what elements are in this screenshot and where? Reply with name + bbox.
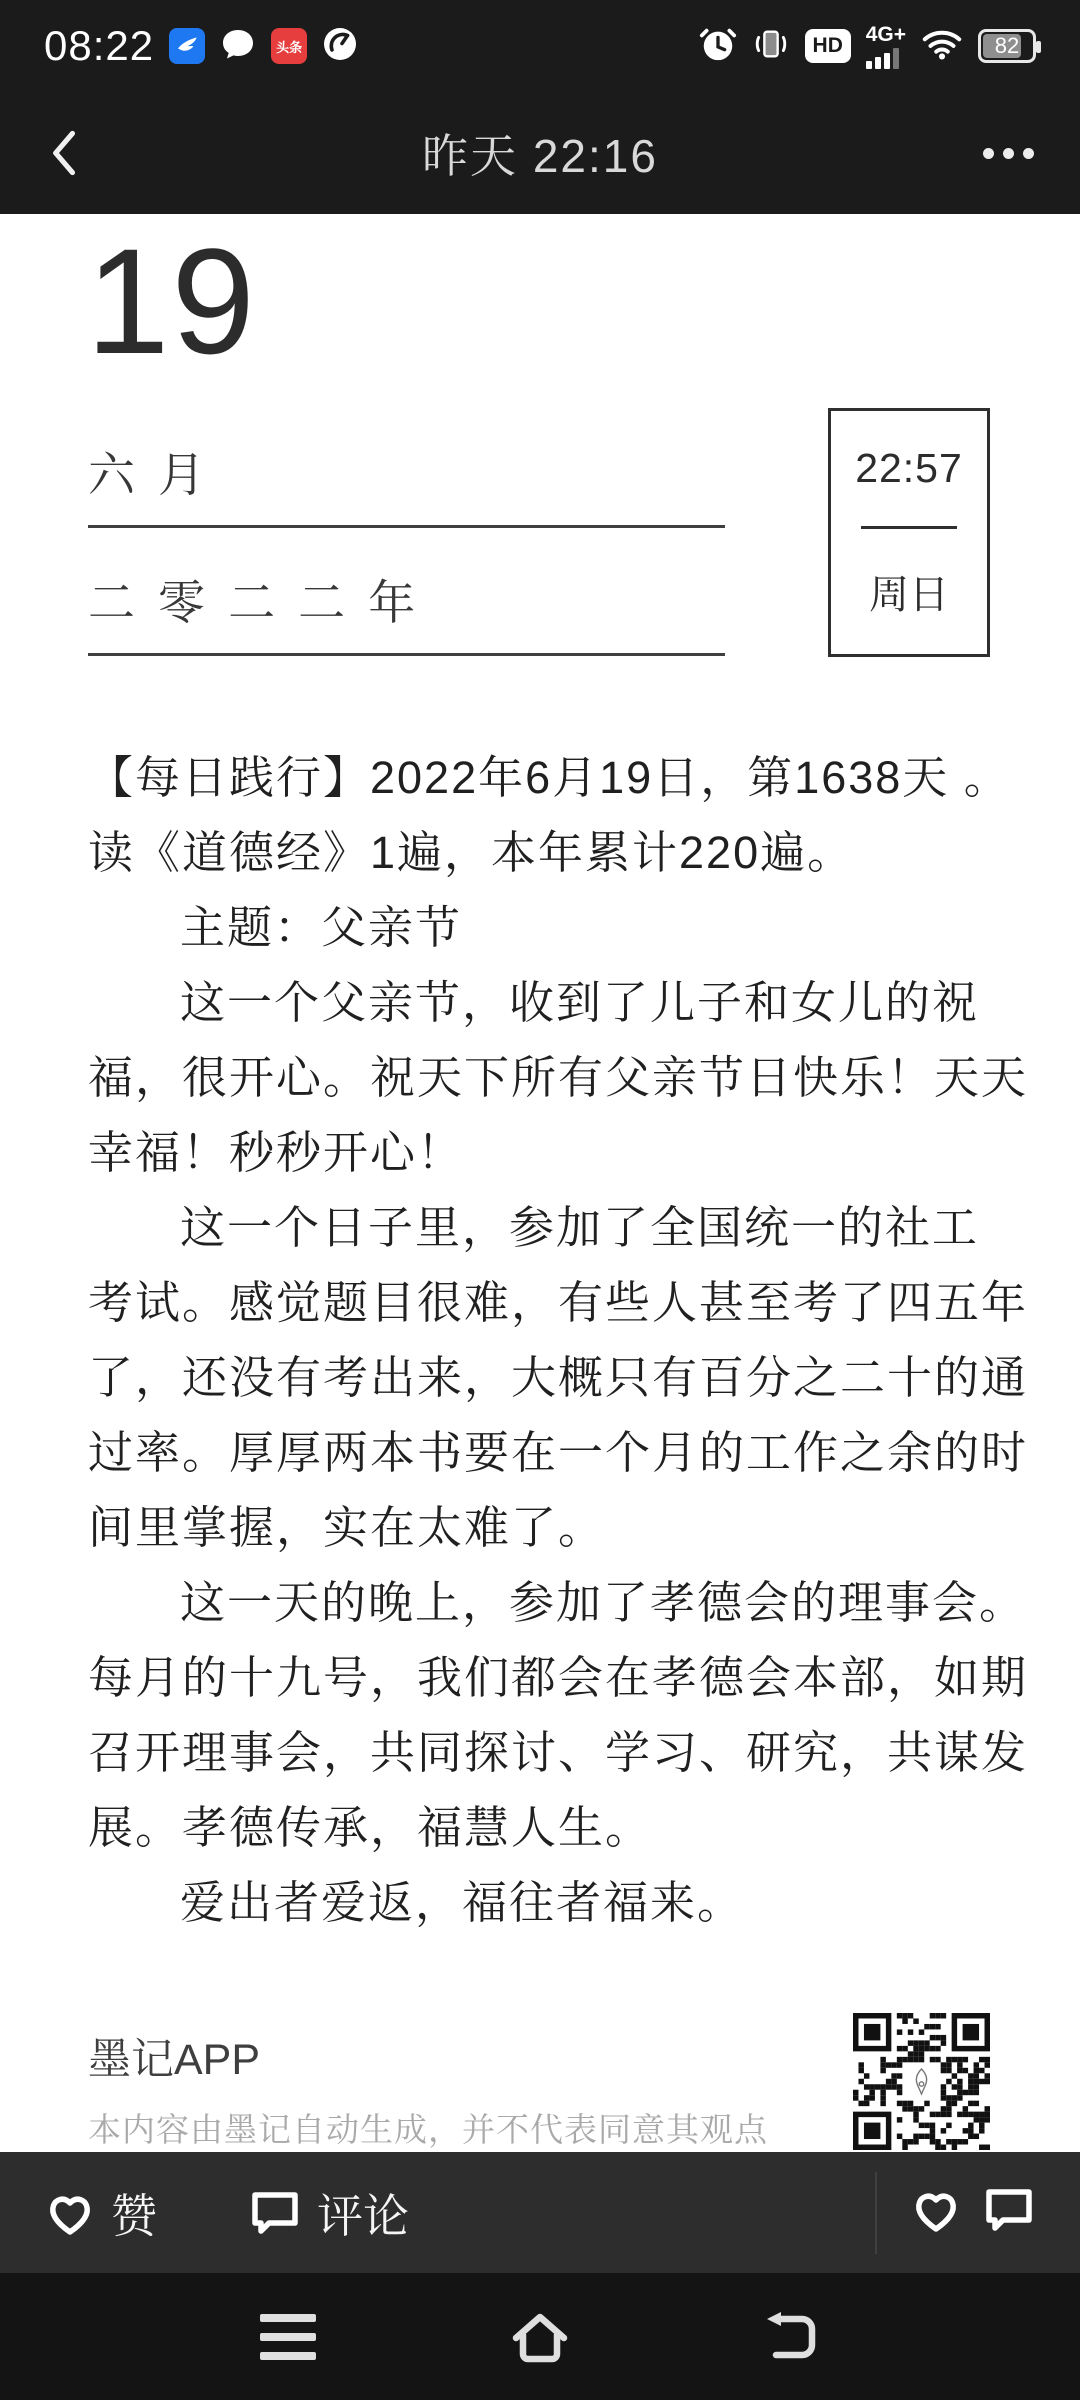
heart-icon: [911, 2186, 961, 2234]
cellular-signal-icon: 4G+: [866, 24, 906, 69]
article-line: 间里掌握，实在太难了。: [88, 1490, 1048, 1565]
diary-card: 19 六 月 二 零 二 二 年 22:57 周日 【每日践行】2022年6月1…: [0, 214, 1080, 2152]
divider-line: [88, 525, 725, 528]
article-line: 这一个日子里，参加了全国统一的社工: [88, 1190, 1048, 1265]
article-line: 了，还没有考出来，大概只有百分之二十的通: [88, 1340, 1048, 1415]
disclaimer-text: 本内容由墨记自动生成，并不代表同意其观点: [88, 2104, 768, 2151]
article-body: 【每日践行】2022年6月19日，第1638天 。读《道德经》1遍，本年累计22…: [88, 740, 1048, 1940]
article-line: 这一个父亲节，收到了儿子和女儿的祝: [88, 965, 1048, 1040]
ellipsis-icon: [983, 148, 994, 159]
hd-label: HD: [813, 34, 843, 58]
comment-bubble-icon: [983, 2185, 1035, 2235]
time-weekday-box: 22:57 周日: [828, 408, 990, 657]
quick-comment-button[interactable]: [983, 2185, 1035, 2240]
android-nav-bar: [0, 2273, 1080, 2400]
day-number: 19: [86, 226, 257, 376]
status-time: 08:22: [44, 22, 154, 70]
article-line: 幸福！秒秒开心！: [88, 1115, 1048, 1190]
signal-bars-icon: [866, 48, 899, 69]
comment-bubble-icon: [249, 2188, 301, 2238]
hd-voice-icon: HD: [805, 29, 851, 63]
weekday-label: 周日: [869, 563, 949, 620]
article-line: 每月的十九号，我们都会在孝德会本部，如期: [88, 1640, 1048, 1715]
like-button[interactable]: 赞: [45, 2180, 157, 2246]
entry-time: 22:57: [855, 445, 963, 492]
like-label: 赞: [111, 2180, 157, 2246]
article-line: 展。孝德传承，福慧人生。: [88, 1790, 1048, 1865]
qr-code: [853, 2013, 990, 2150]
title-bar: 昨天 22:16: [0, 92, 1080, 214]
phone-screen: 08:22 头条 HD 4G+: [0, 0, 1080, 2400]
comment-button[interactable]: 评论: [249, 2180, 409, 2246]
back-nav-button[interactable]: [752, 2297, 832, 2377]
article-line: 读《道德经》1遍，本年累计220遍。: [88, 815, 1048, 890]
article-line: 考试。感觉题目很难，有些人甚至考了四五年: [88, 1265, 1048, 1340]
quick-like-button[interactable]: [911, 2186, 961, 2239]
battery-icon: 82: [978, 29, 1036, 63]
year-label: 二 零 二 二 年: [88, 566, 420, 633]
vibrate-icon: [752, 25, 790, 68]
network-type-label: 4G+: [866, 24, 906, 45]
ellipsis-icon: [1023, 148, 1034, 159]
battery-level: 82: [981, 32, 1033, 60]
article-line: 【每日践行】2022年6月19日，第1638天 。: [88, 740, 1048, 815]
page-title: 昨天 22:16: [0, 120, 1080, 186]
more-options-button[interactable]: [973, 138, 1044, 169]
month-label: 六 月: [88, 438, 210, 505]
wifi-icon: [921, 27, 963, 66]
divider-line: [88, 653, 725, 656]
back-button[interactable]: [36, 115, 94, 191]
menu-icon: [260, 2314, 316, 2360]
app-name-label: 墨记APP: [88, 2026, 260, 2087]
toutiao-notification-icon: 头条: [271, 28, 307, 64]
status-bar: 08:22 头条 HD 4G+: [0, 0, 1080, 92]
home-icon: [508, 2308, 572, 2366]
comment-label: 评论: [317, 2180, 409, 2246]
browser-notification-icon: [322, 26, 358, 67]
recents-button[interactable]: [248, 2297, 328, 2377]
article-line: 过率。厚厚两本书要在一个月的工作之余的时: [88, 1415, 1048, 1490]
alarm-icon: [699, 25, 737, 68]
article-line: 召开理事会，共同探讨、学习、研究，共谋发: [88, 1715, 1048, 1790]
message-notification-icon: [220, 26, 256, 67]
toutiao-label: 头条: [276, 37, 302, 56]
article-line: 主题：父亲节: [88, 890, 1048, 965]
article-line: 福，很开心。祝天下所有父亲节日快乐！天天: [88, 1040, 1048, 1115]
chevron-left-icon: [46, 125, 84, 181]
dingtalk-notification-icon: [169, 28, 205, 64]
home-button[interactable]: [500, 2297, 580, 2377]
article-line: 这一天的晚上，参加了孝德会的理事会。: [88, 1565, 1048, 1640]
box-divider: [861, 526, 957, 529]
heart-icon: [45, 2189, 95, 2237]
action-divider: [875, 2172, 877, 2254]
action-bar: 赞 评论: [0, 2152, 1080, 2273]
return-arrow-icon: [762, 2310, 822, 2364]
article-line: 爱出者爱返，福往者福来。: [88, 1865, 1048, 1940]
ellipsis-icon: [1003, 148, 1014, 159]
